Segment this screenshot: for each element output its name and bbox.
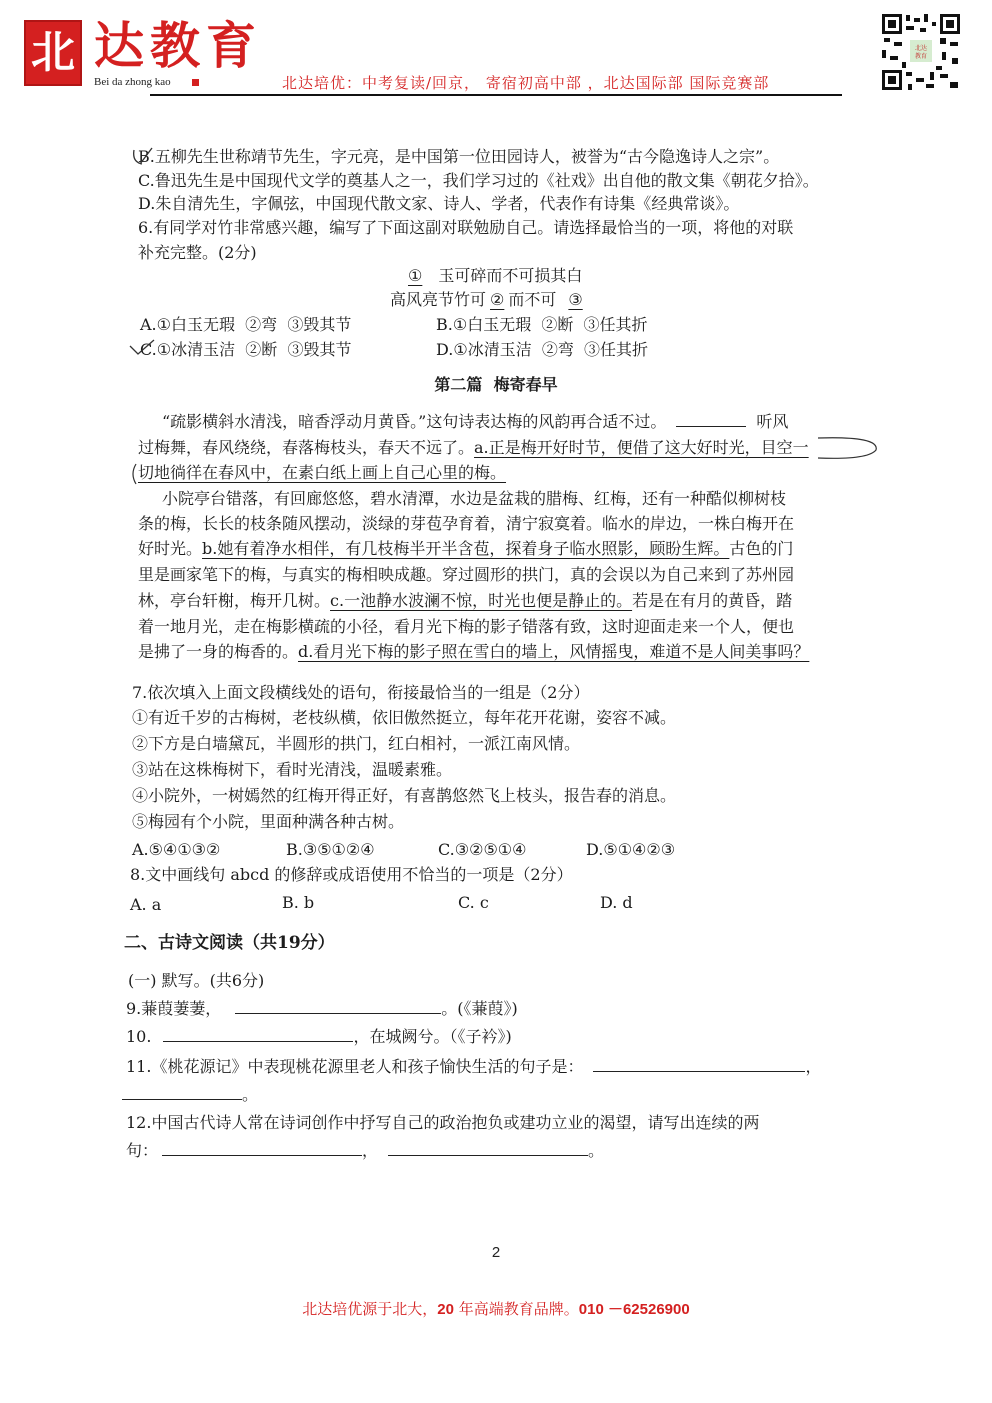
q10-source: ，在城阙兮。（《子衿》) <box>353 1027 511 1046</box>
q5-option-d: D.朱自清先生，字佩弦，中国现代散文家、诗人、学者，代表作有诗集《经典常谈》。 <box>138 193 739 215</box>
fill-blank-1 <box>676 412 746 427</box>
passage-title: 第二篇 梅寄春早 <box>0 374 992 396</box>
check-mark-icon <box>132 146 158 168</box>
passage-text: 若是在有月的黄昏，踏 <box>632 591 792 610</box>
q12-comma: ， <box>362 1141 378 1160</box>
passage-line: 条的梅，长长的枝条随风摆动，淡绿的芽苞孕育着，清宁寂寞着。临水的岸边，一株白梅开… <box>138 513 794 535</box>
passage-text: 好时光。 <box>138 539 202 558</box>
couplet-line1-text: 玉可碎而不可损其白 <box>438 266 582 285</box>
q6-option-b: B.①白玉无瑕 ②断 ③任其折 <box>436 314 648 336</box>
svg-text:北达: 北达 <box>915 44 927 52</box>
check-mark-icon <box>128 338 156 358</box>
q9: 9.蒹葭萋萋，。(《蒹葭》) <box>126 998 518 1020</box>
passage-text: 听风 <box>756 412 788 431</box>
logo-wordmark: 达教育 <box>94 14 262 78</box>
passage-text: “疏影横斜水清浅，暗香浮动月黄昏。”这句诗表达梅的风韵再合适不过。 <box>162 412 666 431</box>
q12-text: 句： <box>126 1141 158 1160</box>
page-number: 2 <box>0 1244 992 1261</box>
q7-item-4: ④小院外，一树嫣然的红梅开得正好，有喜鹊悠然飞上枝头，报告春的消息。 <box>132 785 676 807</box>
qr-code-icon: 北达 教育 <box>880 12 962 92</box>
q7-option-d: D.⑤①④②③ <box>586 839 675 861</box>
couplet-line2-pre: 高风亮节竹可 <box>390 290 486 309</box>
q11-answer-blank-2[interactable] <box>122 1085 242 1100</box>
q6-option-c: C.①冰清玉洁 ②断 ③毁其节 <box>140 339 351 361</box>
passage-text: 林，亭台轩榭，梅开几树。 <box>138 591 330 610</box>
passage-line: 着一地月光，走在梅影横疏的小径，看月光下梅的影子错落有致，这时迎面走来一个人，便… <box>138 616 794 638</box>
q11-comma: ， <box>805 1057 821 1076</box>
circle-annotation-icon <box>128 434 888 488</box>
passage-line: “疏影横斜水清浅，暗香浮动月黄昏。”这句诗表达梅的风韵再合适不过。听风 <box>162 411 788 433</box>
q9-source: 。(《蒹葭》) <box>441 999 518 1018</box>
underlined-sentence-d: d.看月光下梅的影子照在雪白的墙上，风情摇曳，难道不是人间美事吗？ <box>298 642 809 661</box>
underlined-sentence-b: b.她有着净水相伴，有几枝梅半开半含苞，探着身子临水照影，顾盼生辉。 <box>202 539 729 558</box>
couplet-blank-2: ② <box>486 290 508 309</box>
q11-text: 11.《桃花源记》中表现桃花源里老人和孩子愉快生活的句子是： <box>126 1057 583 1076</box>
q7-item-2: ②下方是白墙黛瓦，半圆形的拱门，红白相衬，一派江南风情。 <box>132 733 580 755</box>
couplet-line2-mid: 而不可 <box>508 290 556 309</box>
q7-item-5: ⑤梅园有个小院，里面种满各种古树。 <box>132 811 404 833</box>
q8-option-d: D. d <box>600 892 633 914</box>
q10: 10.，在城阙兮。（《子衿》) <box>126 1026 512 1048</box>
q6-option-d: D.①冰清玉洁 ②弯 ③任其折 <box>436 339 648 361</box>
logo-subtitle: Bei da zhong kao <box>94 76 171 88</box>
q6-option-a: A.①白玉无瑕 ②弯 ③毁其节 <box>140 314 351 336</box>
underlined-sentence-c: c.一池静水波澜不惊，时光也便是静止的。 <box>330 591 632 610</box>
footer-text: 年高端教育品牌。 <box>454 1300 579 1318</box>
q6-stem-line1: 6.有同学对竹非常感兴趣，编写了下面这副对联勉励自己。请选择最恰当的一项，将他的… <box>138 217 793 239</box>
q11-end: 。 <box>242 1085 258 1104</box>
passage-line: 是拂了一身的梅香的。d.看月光下梅的影子照在雪白的墙上，风情摇曳，难道不是人间美… <box>138 641 809 663</box>
passage-text: 古色的门 <box>729 539 793 558</box>
couplet-line2: 高风亮节竹可②而不可③ <box>390 289 595 311</box>
q8-option-b: B. b <box>282 892 314 914</box>
q7-option-b: B.③⑤①②④ <box>286 839 375 861</box>
footer-years: 20 <box>437 1301 454 1318</box>
section2-title: 二、古诗文阅读（共19分） <box>124 932 335 954</box>
q6-stem-line2: 补充完整。(2分) <box>138 242 257 264</box>
passage-line: 好时光。b.她有着净水相伴，有几枝梅半开半含苞，探着身子临水照影，顾盼生辉。古色… <box>138 538 793 560</box>
q9-answer-blank[interactable] <box>235 999 441 1014</box>
q8-stem: 8.文中画线句 abcd 的修辞或成语使用不恰当的一项是（2分） <box>130 864 573 886</box>
couplet-blank-1: ① <box>398 266 432 285</box>
q12: 句：，。 <box>126 1140 604 1162</box>
q10-answer-blank[interactable] <box>163 1027 353 1042</box>
q5-option-c: C.鲁迅先生是中国现代文学的奠基人之一，我们学习过的《社戏》出自他的散文集《朝花… <box>138 170 819 192</box>
passage-text: 是拂了一身的梅香的。 <box>138 642 298 661</box>
couplet-line1: ①玉可碎而不可损其白 <box>398 265 582 287</box>
logo-mark: 北 <box>24 20 82 86</box>
q10-text: 10. <box>126 1027 151 1046</box>
q7-option-c: C.③②⑤①④ <box>438 839 526 861</box>
q12-end: 。 <box>588 1141 604 1160</box>
q12-answer-blank-1[interactable] <box>162 1141 362 1156</box>
q5-option-b: B.五柳先生世称靖节先生，字元亮，是中国第一位田园诗人，被誉为“古今隐逸诗人之宗… <box>138 146 779 168</box>
couplet-blank-3: ③ <box>556 290 594 309</box>
passage-line: 林，亭台轩榭，梅开几树。c.一池静水波澜不惊，时光也便是静止的。若是在有月的黄昏… <box>138 590 792 612</box>
header-divider <box>150 94 842 96</box>
q11-cont: 。 <box>122 1084 258 1106</box>
footer-slogan: 北达培优源于北大，20 年高端教育品牌。010 －62526900 <box>0 1298 992 1319</box>
q7-stem: 7.依次填入上面文段横线处的语句，衔接最恰当的一组是（2分） <box>132 682 589 704</box>
q7-option-a: A.⑤④①③② <box>132 839 220 861</box>
svg-text:教育: 教育 <box>915 52 927 60</box>
q8-option-c: C. c <box>458 892 489 914</box>
q7-item-1: ①有近千岁的古梅树，老枝纵横，依旧傲然挺立，每年花开花谢，姿容不减。 <box>132 707 676 729</box>
logo-square-icon <box>192 79 199 86</box>
section2-subtitle: (一) 默写。(共6分) <box>128 970 264 992</box>
footer-text: 北达培优源于北大， <box>302 1300 437 1318</box>
q12-answer-blank-2[interactable] <box>388 1141 588 1156</box>
q11: 11.《桃花源记》中表现桃花源里老人和孩子愉快生活的句子是：， <box>126 1056 821 1078</box>
q9-text: 9.蒹葭萋萋， <box>126 999 221 1018</box>
q11-answer-blank-1[interactable] <box>593 1057 805 1072</box>
q7-item-3: ③站在这株梅树下，看时光清浅，温暖素雅。 <box>132 759 452 781</box>
footer-phone: 010 －62526900 <box>579 1301 690 1318</box>
passage-line: 里是画家笔下的梅，与真实的梅相映成趣。穿过圆形的拱门，真的会误以为自己来到了苏州… <box>138 564 794 586</box>
passage-line: 小院亭台错落，有回廊悠悠，碧水清潭，水边是盆栽的腊梅、红梅，还有一种酷似柳树枝 <box>162 488 786 510</box>
q8-option-a: A. a <box>130 894 161 916</box>
header-slogan: 北达培优：中考复读/回京， 寄宿初高中部 ，北达国际部 国际竞赛部 <box>282 72 769 93</box>
q12-stem: 12.中国古代诗人常在诗词创作中抒写自己的政治抱负或建功立业的渴望，请写出连续的… <box>126 1112 759 1134</box>
